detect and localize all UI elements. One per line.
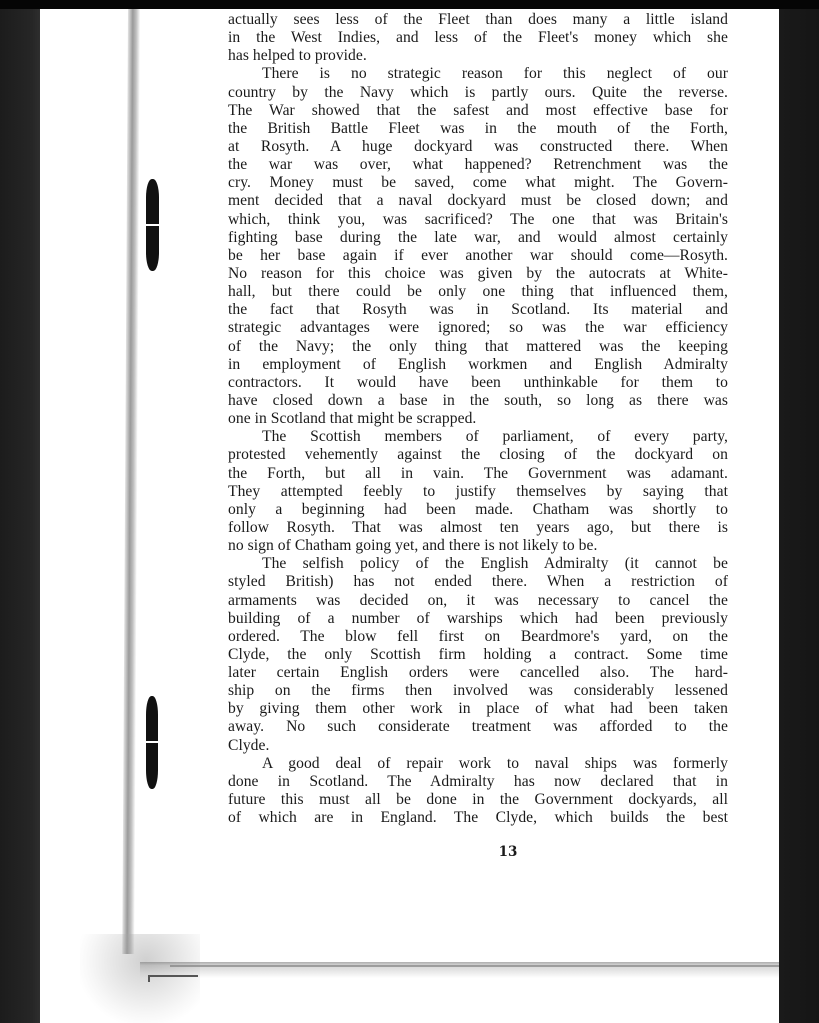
text-line: only a beginning had been made. Chatham … (228, 501, 728, 519)
text-line: which, think you, was sacrificed? The on… (228, 211, 728, 229)
page-number: 13 (488, 844, 528, 860)
text-line: the war was over, what happened? Retrenc… (228, 156, 728, 174)
top-frame-bar (0, 0, 819, 9)
binding-hole-mark-upper-icon (146, 179, 159, 271)
left-frame-margin (0, 9, 40, 1023)
text-line: the Forth, but all in vain. The Governme… (228, 465, 728, 483)
text-line: future this must all be done in the Gove… (228, 791, 728, 809)
text-line: the British Battle Fleet was in the mout… (228, 120, 728, 138)
text-line: They attempted feebly to justify themsel… (228, 483, 728, 501)
text-line: strategic advantages were ignored; so wa… (228, 319, 728, 337)
text-line: armaments was decided on, it was necessa… (228, 592, 728, 610)
text-line: at Rosyth. A huge dockyard was construct… (228, 138, 728, 156)
text-line: actually sees less of the Fleet than doe… (228, 11, 728, 29)
scanned-page: actually sees less of the Fleet than doe… (40, 9, 779, 1023)
text-line: in employment of English workmen and Eng… (228, 356, 728, 374)
text-line: Clyde. (228, 737, 728, 755)
text-line: ordered. The blow fell first on Beardmor… (228, 628, 728, 646)
text-line: contractors. It would have been unthinka… (228, 374, 728, 392)
text-line: away. No such considerate treatment was … (228, 718, 728, 736)
text-line: A good deal of repair work to naval ship… (228, 755, 728, 773)
gutter-smudge (80, 934, 200, 1023)
text-line: ship on the firms then involved was cons… (228, 682, 728, 700)
text-line: one in Scotland that might be scrapped. (228, 410, 728, 428)
text-line: in the West Indies, and less of the Flee… (228, 29, 728, 47)
text-line: fighting base during the late war, and w… (228, 229, 728, 247)
text-line: hall, but there could be only one thing … (228, 283, 728, 301)
text-line: Clyde, the only Scottish firm holding a … (228, 646, 728, 664)
text-line: The Scottish members of parliament, of e… (228, 428, 728, 446)
text-line: ment decided that a naval dockyard must … (228, 192, 728, 210)
body-text: actually sees less of the Fleet than doe… (228, 11, 728, 827)
text-line: country by the Navy which is partly ours… (228, 84, 728, 102)
text-line: No reason for this choice was given by t… (228, 265, 728, 283)
text-line: have closed down a base in the south, so… (228, 392, 728, 410)
text-line: protested vehemently against the closing… (228, 446, 728, 464)
text-line: The selfish policy of the English Admira… (228, 555, 728, 573)
text-line: There is no strategic reason for this ne… (228, 65, 728, 83)
staple-mark-icon (148, 975, 198, 977)
binding-hole-mark-lower-icon (146, 696, 158, 789)
text-line: follow Rosyth. That was almost ten years… (228, 519, 728, 537)
page-bottom-edge-line (170, 965, 779, 967)
text-line: of the Navy; the only thing that mattere… (228, 338, 728, 356)
text-line: later certain English orders were cancel… (228, 664, 728, 682)
text-line: the fact that Rosyth was in Scotland. It… (228, 301, 728, 319)
text-line: building of a number of warships which h… (228, 610, 728, 628)
text-line: no sign of Chatham going yet, and there … (228, 537, 728, 555)
text-line: done in Scotland. The Admiralty has now … (228, 773, 728, 791)
binding-gutter-shadow (122, 9, 140, 954)
text-line: by giving them other work in place of wh… (228, 700, 728, 718)
right-frame-margin (779, 9, 819, 1023)
text-line: of which are in England. The Clyde, whic… (228, 809, 728, 827)
text-line: has helped to provide. (228, 47, 728, 65)
text-line: The War showed that the safest and most … (228, 102, 728, 120)
text-line: be her base again if ever another war sh… (228, 247, 728, 265)
text-line: cry. Money must be saved, come what migh… (228, 174, 728, 192)
text-line: styled British) has not ended there. Whe… (228, 573, 728, 591)
